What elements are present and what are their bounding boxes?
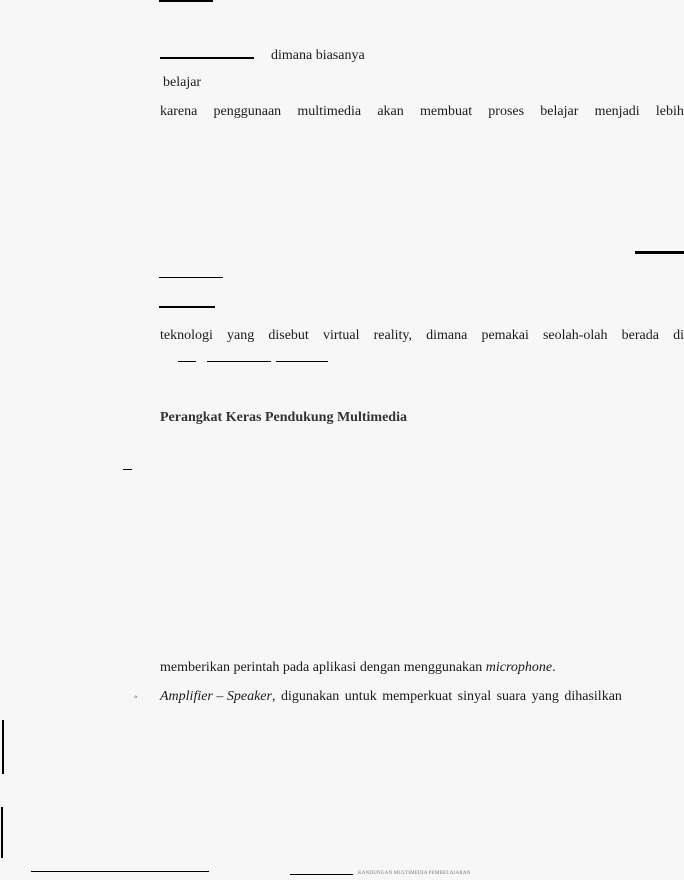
word: reality, bbox=[374, 328, 412, 344]
word: yang bbox=[227, 328, 254, 344]
word: akan bbox=[377, 104, 403, 120]
word: penggunaan bbox=[214, 104, 282, 120]
margin-bar bbox=[1, 807, 3, 858]
bullet-icon: ◦ bbox=[134, 692, 138, 703]
word: membuat bbox=[420, 104, 472, 120]
word: pemakai bbox=[481, 328, 528, 344]
redaction-bar bbox=[635, 251, 684, 254]
text-line: dimana biasanya bbox=[271, 48, 365, 64]
text-span: . bbox=[552, 660, 556, 675]
redaction-bar bbox=[159, 306, 215, 308]
paragraph-line-teknologi: teknologiyangdisebutvirtualreality,diman… bbox=[160, 328, 684, 344]
italic-term: microphone bbox=[486, 660, 552, 675]
word: virtual bbox=[323, 328, 360, 344]
margin-bar bbox=[2, 720, 4, 774]
redaction-bar bbox=[160, 57, 254, 59]
list-item-amplifier: Amplifier – Speaker, digunakan untuk mem… bbox=[160, 689, 684, 705]
text-span: memberikan perintah pada aplikasi dengan… bbox=[160, 660, 482, 675]
word: di bbox=[673, 328, 684, 344]
italic-term: Amplifier – Speaker bbox=[160, 689, 272, 705]
paragraph-line-karena: karenapenggunaanmultimediaakanmembuatpro… bbox=[160, 104, 684, 120]
word: seolah-olah bbox=[543, 328, 608, 344]
footer-rule bbox=[31, 871, 209, 872]
footer-text: KANDUNGAN MULTIMEDIA PEMBELAJARAN bbox=[358, 871, 471, 876]
redaction-bar bbox=[159, 0, 213, 2]
word: proses bbox=[488, 104, 524, 120]
word: multimedia bbox=[297, 104, 361, 120]
redaction-bar bbox=[207, 361, 271, 362]
redaction-bar bbox=[159, 277, 223, 278]
dash-mark bbox=[123, 469, 132, 470]
footer-rule bbox=[290, 874, 353, 875]
word: berada bbox=[622, 328, 659, 344]
word: dimana bbox=[426, 328, 467, 344]
redaction-bar bbox=[276, 361, 328, 362]
redaction-bar bbox=[178, 361, 196, 362]
word: belajar bbox=[540, 104, 578, 120]
word: lebih bbox=[656, 104, 684, 120]
section-heading: Perangkat Keras Pendukung Multimedia bbox=[160, 410, 407, 426]
text-span: , digunakan untuk memperkuat sinyal suar… bbox=[272, 689, 622, 705]
word: teknologi bbox=[160, 328, 213, 344]
word: disebut bbox=[268, 328, 308, 344]
word: menjadi bbox=[595, 104, 640, 120]
text-line-memberikan: memberikan perintah pada aplikasi dengan… bbox=[160, 660, 556, 676]
text-line: belajar bbox=[163, 75, 201, 91]
word: karena bbox=[160, 104, 197, 120]
